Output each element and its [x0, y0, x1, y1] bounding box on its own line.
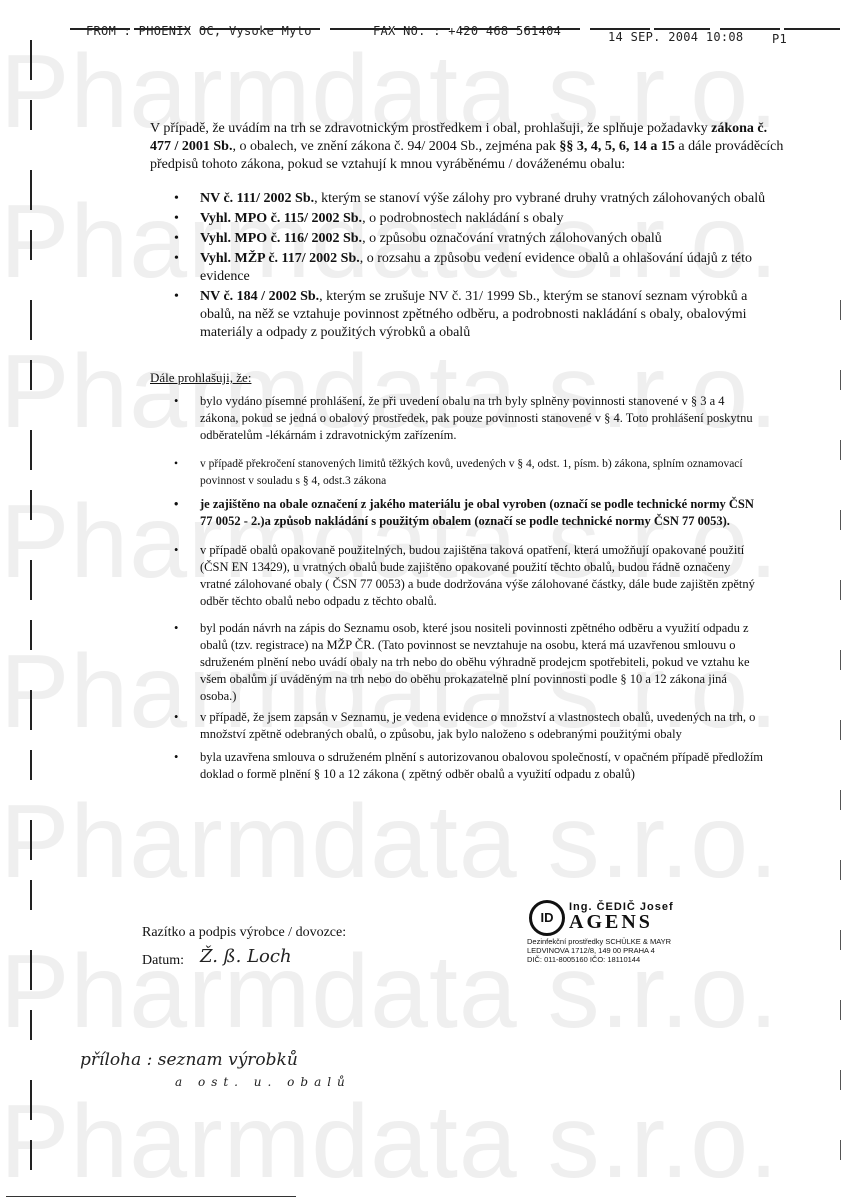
handwritten-signature: Ž. ß. Loch: [200, 946, 292, 967]
fax-datetime: 14 SEP. 2004 10:08: [608, 30, 743, 44]
stamp-logo-icon: ID: [529, 900, 565, 936]
scan-edge-right: [840, 300, 841, 1180]
scan-bottom-rule: [6, 1196, 296, 1197]
intro-paragraph: V případě, že uvádím na trh se zdravotni…: [150, 120, 790, 174]
fax-page: FROM : PHOENIX OC, Vysoke Myto FAX NO. :…: [0, 0, 849, 1200]
law-list: NV č. 111/ 2002 Sb., kterým se stanoví v…: [174, 190, 784, 344]
declaration-heading: Dále prohlašuji, že:: [150, 370, 251, 386]
company-stamp: ID Ing. ČEDIČ Josef AGENS Dezinfekční pr…: [527, 897, 697, 969]
fax-number: FAX NO. : +420 468 561404: [373, 24, 561, 38]
declaration-item: byl podán návrh na zápis do Seznamu osob…: [174, 620, 764, 705]
declaration-item: v případě obalů opakovaně použitelných, …: [174, 542, 764, 610]
stamp-line: Dezinfekční prostředky SCHÜLKE & MAYR: [527, 937, 671, 946]
stamp-line: LEDVINOVA 1712/8, 149 00 PRAHA 4: [527, 946, 655, 955]
declaration-item: bylo vydáno písemné prohlášení, že při u…: [174, 393, 764, 444]
handwritten-note: a ost. u. obalů: [175, 1075, 351, 1089]
paragraph-reference: §§ 3, 4, 5, 6, 14 a 15: [559, 139, 675, 154]
law-item: Vyhl. MPO č. 116/ 2002 Sb., o způsobu oz…: [174, 230, 784, 248]
law-item: Vyhl. MPO č. 115/ 2002 Sb., o podrobnost…: [174, 210, 784, 228]
declaration-item: byla uzavřena smlouva o sdruženém plnění…: [174, 749, 764, 783]
fax-page-number: P1: [772, 32, 787, 46]
fax-from: FROM : PHOENIX OC, Vysoke Myto: [86, 24, 312, 38]
law-item: NV č. 111/ 2002 Sb., kterým se stanoví v…: [174, 190, 784, 208]
stamp-brand: AGENS: [569, 911, 653, 934]
intro-text: , o obalech, ve znění zákona č. 94/ 2004…: [232, 139, 559, 154]
law-item: NV č. 184 / 2002 Sb., kterým se zrušuje …: [174, 288, 784, 342]
declaration-item: v případě překročení stanovených limitů …: [174, 456, 764, 490]
declaration-item: v případě, že jsem zapsán v Seznamu, je …: [174, 709, 764, 743]
intro-text: V případě, že uvádím na trh se zdravotni…: [150, 121, 711, 136]
law-item: Vyhl. MŽP č. 117/ 2002 Sb., o rozsahu a …: [174, 250, 784, 286]
scan-edge-left: [30, 40, 32, 1190]
declaration-list: bylo vydáno písemné prohlášení, že při u…: [174, 393, 764, 783]
date-label: Datum:: [142, 953, 184, 969]
handwritten-note: příloha : seznam výrobků: [80, 1050, 298, 1070]
declaration-item: je zajištěno na obale označení z jakého …: [174, 496, 764, 530]
signature-label: Razítko a podpis výrobce / dovozce:: [142, 925, 346, 941]
stamp-line: DIČ: 011-8005160 IČO: 18110144: [527, 955, 640, 964]
